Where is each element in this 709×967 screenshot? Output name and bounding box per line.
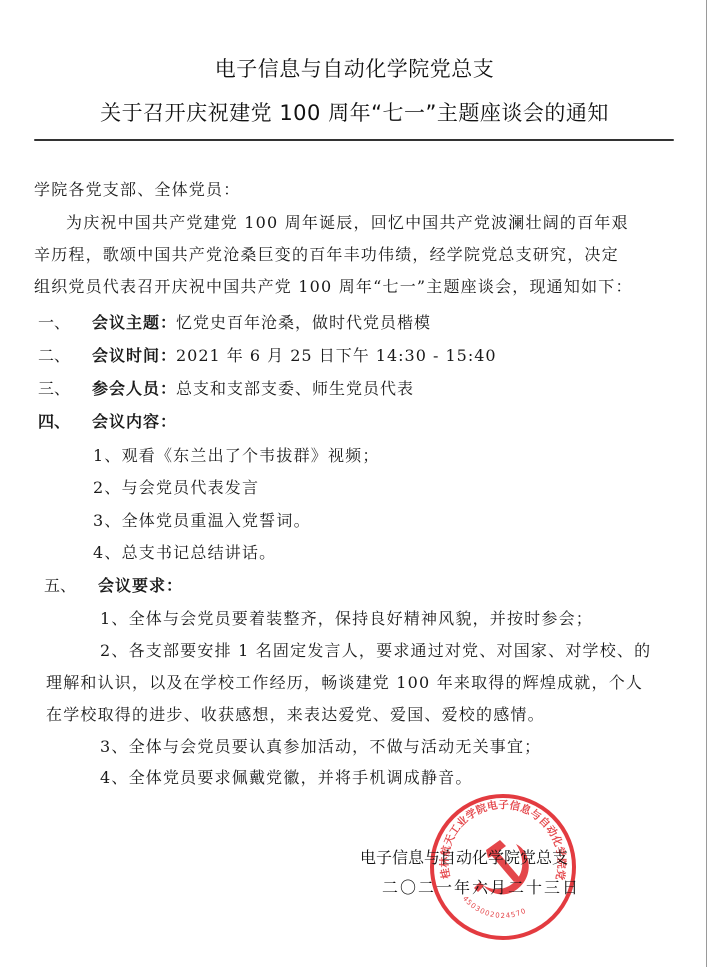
- signature-org: 电子信息与自动化学院党总支: [360, 848, 568, 868]
- svg-text:4503002024570: 4503002024570: [461, 895, 528, 920]
- requirement-line-1: 1、全体与会党员要着装整齐，保持良好精神风貌，并按时参会；: [100, 609, 593, 629]
- section-label: 会议内容：: [92, 412, 177, 432]
- content-item-4: 4、总支书记总结讲话。: [93, 543, 276, 563]
- section-number: 三、: [38, 379, 70, 399]
- intro-line-3: 组织党员代表召开庆祝中国共产党 100 周年“七一”主题座谈会，现通知如下：: [34, 277, 633, 297]
- requirement-line-3: 理解和认识，以及在学校工作经历，畅谈建党 100 年来取得的辉煌成就，个人: [46, 673, 643, 693]
- section-value: 忆党史百年沧桑，做时代党员楷模: [176, 313, 431, 333]
- intro-line-1: 为庆祝中国共产党建党 100 周年诞辰，回忆中国共产党波澜壮阔的百年艰: [66, 213, 629, 233]
- section-number: 二、: [38, 346, 70, 366]
- section-value: 2021 年 6 月 25 日下午 14:30 - 15:40: [176, 346, 497, 366]
- section-number: 四、: [38, 412, 70, 432]
- section-label: 会议时间：: [92, 346, 177, 366]
- svg-text:桂林航天工业学院电子信息与自动化学院党总支: 桂林航天工业学院电子信息与自动化学院党总支: [428, 792, 568, 882]
- section-label: 会议主题：: [92, 313, 177, 333]
- page-edge-line: [706, 0, 707, 967]
- content-item-1: 1、观看《东兰出了个韦拔群》视频；: [93, 446, 380, 466]
- requirement-line-6: 4、全体党员要求佩戴党徽，并将手机调成静音。: [100, 768, 473, 788]
- document-page: 电子信息与自动化学院党总支 关于召开庆祝建党 100 周年“七一”主题座谈会的通…: [0, 0, 709, 967]
- content-item-2: 2、与会党员代表发言: [93, 478, 259, 498]
- section-number: 五、: [44, 576, 76, 596]
- requirement-line-2: 2、各支部要安排 1 名固定发言人，要求通过对党、对国家、对学校、的: [100, 641, 651, 661]
- salutation: 学院各党支部、全体党员：: [34, 180, 240, 200]
- intro-line-2: 辛历程，歌颂中国共产党沧桑巨变的百年丰功伟绩，经学院党总支研究，决定: [34, 245, 619, 265]
- requirement-line-5: 3、全体与会党员要认真参加活动，不做与活动无关事宜；: [100, 737, 541, 757]
- content-item-3: 3、全体党员重温入党誓词。: [93, 511, 311, 531]
- requirement-line-4: 在学校取得的进步、收获感想，来表达爱党、爱国、爱校的感情。: [46, 705, 545, 725]
- notice-title: 关于召开庆祝建党 100 周年“七一”主题座谈会的通知: [0, 97, 709, 127]
- issuer-title: 电子信息与自动化学院党总支: [0, 53, 709, 83]
- header-divider: [34, 139, 674, 141]
- section-number: 一、: [38, 313, 70, 333]
- signature-date: 二〇二一年六月二十三日: [382, 878, 580, 898]
- section-label: 参会人员：: [92, 379, 177, 399]
- section-value: 总支和支部支委、师生党员代表: [176, 379, 414, 399]
- section-label: 会议要求：: [98, 576, 183, 596]
